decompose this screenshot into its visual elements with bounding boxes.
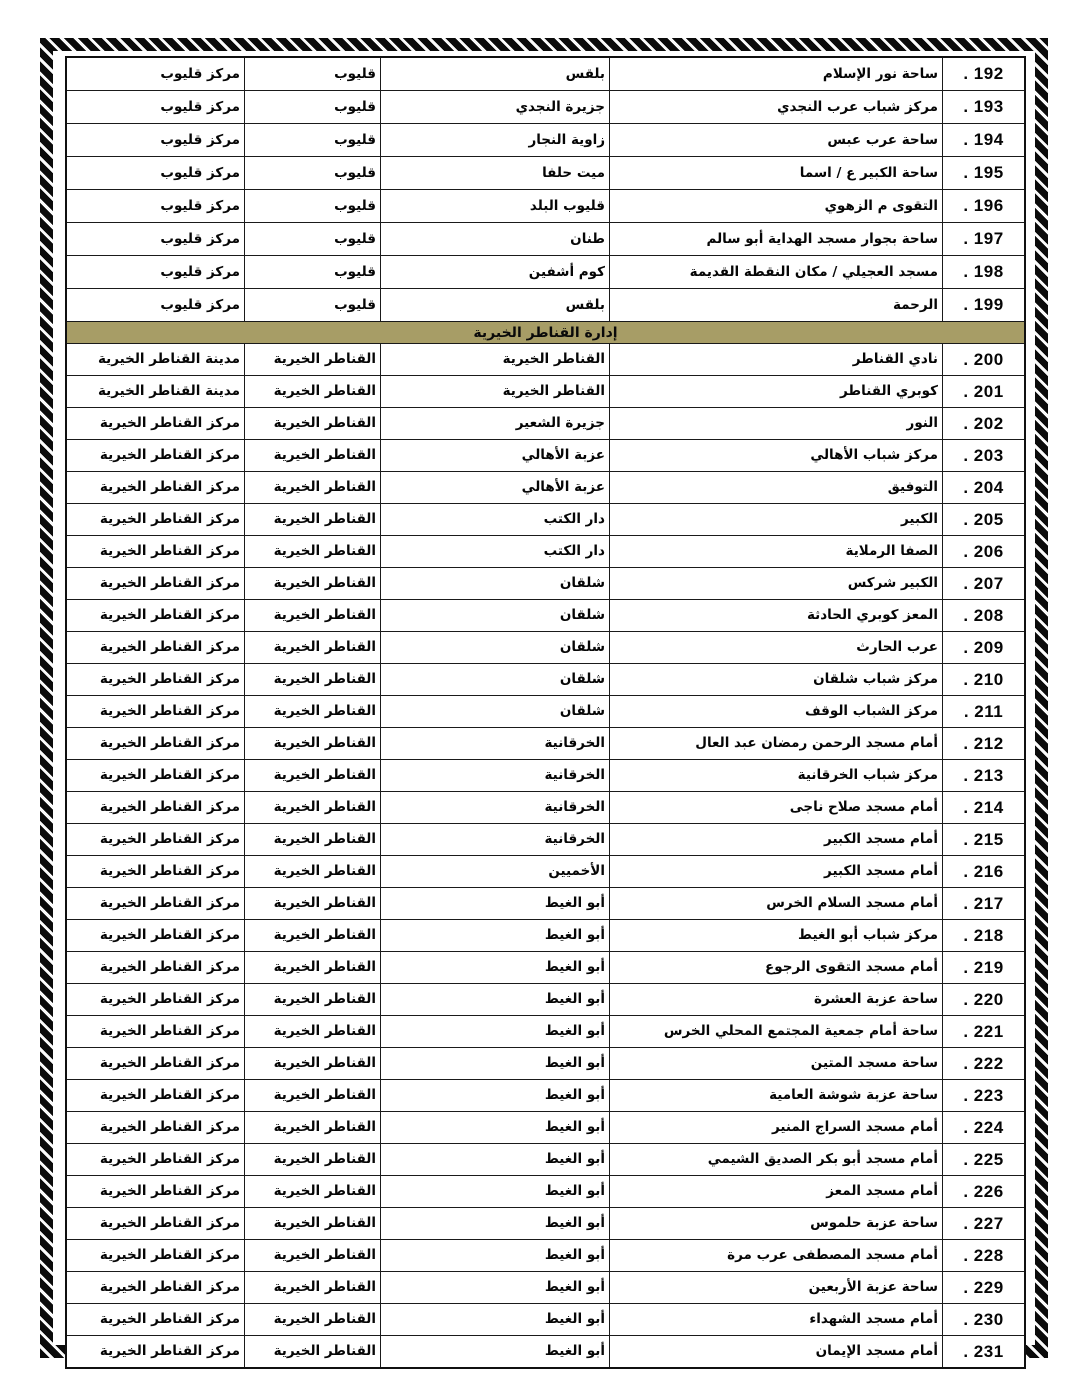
site-name-cell: الكبير شركس: [610, 568, 943, 599]
site-name-cell: التوفيق: [610, 472, 943, 503]
district-cell: قليوب: [245, 157, 381, 189]
site-name-cell: مركز شباب الخرقانية: [610, 760, 943, 791]
site-name-cell: أمام مسجد الكبير: [610, 856, 943, 887]
row-number-cell: . 196: [943, 190, 1024, 222]
center-cell: مركز القناطر الخيرية: [68, 440, 245, 471]
center-cell: مركز القناطر الخيرية: [68, 1016, 245, 1047]
site-name-cell: التقوى م الزهوي: [610, 190, 943, 222]
site-name-cell: ساحة أمام جمعية المجتمع المحلي الخرس: [610, 1016, 943, 1047]
site-name-cell: أمام مسجد المصطفى عرب مرة: [610, 1240, 943, 1271]
table-row: . 206الصفا الرملايةدار الكتبالقناطر الخي…: [67, 536, 1024, 568]
row-number-cell: . 220: [943, 984, 1024, 1015]
table-row: . 201كوبري القناطرالقناطر الخيريةالقناطر…: [67, 376, 1024, 408]
center-cell: مركز القناطر الخيرية: [68, 984, 245, 1015]
row-number-cell: . 224: [943, 1112, 1024, 1143]
row-number-cell: . 218: [943, 920, 1024, 951]
village-cell: الخرقانية: [381, 792, 610, 823]
village-cell: القناطر الخيرية: [381, 376, 610, 407]
table-row: . 225أمام مسجد أبو بكر الصديق الشيميأبو …: [67, 1144, 1024, 1176]
center-cell: مركز القناطر الخيرية: [68, 1208, 245, 1239]
row-number-cell: . 194: [943, 124, 1024, 156]
site-name-cell: ساحة عزبة العشرة: [610, 984, 943, 1015]
district-cell: القناطر الخيرية: [245, 504, 381, 535]
center-cell: مركز قليوب: [68, 190, 245, 222]
village-cell: القناطر الخيرية: [381, 344, 610, 375]
section-band: إدارة القناطر الخيرية: [67, 322, 1024, 344]
table-row: . 222ساحة مسجد المتينأبو الغيطالقناطر ال…: [67, 1048, 1024, 1080]
site-name-cell: المعز كوبري الحادثة: [610, 600, 943, 631]
village-cell: عزبة الأهالي: [381, 472, 610, 503]
table-row: . 200نادي القناطرالقناطر الخيريةالقناطر …: [67, 344, 1024, 376]
district-cell: القناطر الخيرية: [245, 600, 381, 631]
village-cell: بلقس: [381, 289, 610, 321]
table-row: . 196التقوى م الزهويقليوب البلدقليوبمركز…: [67, 190, 1024, 223]
row-number-cell: . 205: [943, 504, 1024, 535]
village-cell: أبو الغيط: [381, 1016, 610, 1047]
site-name-cell: ساحة بجوار مسجد الهداية أبو سالم: [610, 223, 943, 255]
row-number-cell: . 203: [943, 440, 1024, 471]
site-name-cell: مسجد العجيلي / مكان النقطة القديمة: [610, 256, 943, 288]
table-row: . 226أمام مسجد المعزأبو الغيطالقناطر الخ…: [67, 1176, 1024, 1208]
district-cell: القناطر الخيرية: [245, 568, 381, 599]
village-cell: الخرقانية: [381, 760, 610, 791]
table-row: . 214أمام مسجد صلاح ناجىالخرقانيةالقناطر…: [67, 792, 1024, 824]
district-cell: قليوب: [245, 91, 381, 123]
district-cell: القناطر الخيرية: [245, 376, 381, 407]
center-cell: مركز قليوب: [68, 157, 245, 189]
site-name-cell: ساحة الكبير ع / اسما: [610, 157, 943, 189]
center-cell: مركز القناطر الخيرية: [68, 1112, 245, 1143]
site-name-cell: الصفا الرملاية: [610, 536, 943, 567]
table-row: . 205الكبيردار الكتبالقناطر الخيريةمركز …: [67, 504, 1024, 536]
village-cell: أبو الغيط: [381, 1048, 610, 1079]
center-cell: مركز القناطر الخيرية: [68, 728, 245, 759]
district-cell: قليوب: [245, 190, 381, 222]
district-cell: القناطر الخيرية: [245, 1112, 381, 1143]
decorative-border-frame: . 192ساحة نور الإسلامبلقسقليوبمركز قليوب…: [40, 38, 1048, 1358]
row-number-cell: . 195: [943, 157, 1024, 189]
page: { "colors": { "page_bg": "#ffffff", "ban…: [0, 0, 1082, 1400]
row-number-cell: . 197: [943, 223, 1024, 255]
table-row: . 208المعز كوبري الحادثةشلقانالقناطر الخ…: [67, 600, 1024, 632]
district-cell: القناطر الخيرية: [245, 1080, 381, 1111]
district-cell: القناطر الخيرية: [245, 1208, 381, 1239]
row-number-cell: . 212: [943, 728, 1024, 759]
district-cell: القناطر الخيرية: [245, 1336, 381, 1367]
site-name-cell: ساحة نور الإسلام: [610, 58, 943, 90]
site-name-cell: مركز شباب أبو الغيط: [610, 920, 943, 951]
village-cell: أبو الغيط: [381, 920, 610, 951]
village-cell: شلقان: [381, 696, 610, 727]
site-name-cell: أمام مسجد الكبير: [610, 824, 943, 855]
table-row: . 219أمام مسجد التقوى الرجوعأبو الغيطالق…: [67, 952, 1024, 984]
site-name-cell: أمام مسجد التقوى الرجوع: [610, 952, 943, 983]
table-row: . 193مركز شباب عرب النجديجزيرة النجديقلي…: [67, 91, 1024, 124]
row-number-cell: . 211: [943, 696, 1024, 727]
village-cell: أبو الغيط: [381, 1208, 610, 1239]
village-cell: أبو الغيط: [381, 1272, 610, 1303]
site-name-cell: أمام مسجد الإيمان: [610, 1336, 943, 1367]
district-cell: قليوب: [245, 124, 381, 156]
site-name-cell: نادي القناطر: [610, 344, 943, 375]
table-row: . 212أمام مسجد الرحمن رمضان عبد العالالخ…: [67, 728, 1024, 760]
center-cell: مركز القناطر الخيرية: [68, 1144, 245, 1175]
row-number-cell: . 231: [943, 1336, 1024, 1367]
row-number-cell: . 193: [943, 91, 1024, 123]
row-number-cell: . 215: [943, 824, 1024, 855]
site-name-cell: أمام مسجد صلاح ناجى: [610, 792, 943, 823]
row-number-cell: . 204: [943, 472, 1024, 503]
village-cell: شلقان: [381, 664, 610, 695]
table-row: . 217أمام مسجد السلام الخرسأبو الغيطالقن…: [67, 888, 1024, 920]
district-cell: القناطر الخيرية: [245, 952, 381, 983]
center-cell: مركز القناطر الخيرية: [68, 1048, 245, 1079]
section-qanater: . 200نادي القناطرالقناطر الخيريةالقناطر …: [67, 344, 1024, 1367]
district-cell: القناطر الخيرية: [245, 1176, 381, 1207]
row-number-cell: . 202: [943, 408, 1024, 439]
center-cell: مركز القناطر الخيرية: [68, 792, 245, 823]
site-name-cell: أمام مسجد السراج المنير: [610, 1112, 943, 1143]
village-cell: أبو الغيط: [381, 1240, 610, 1271]
village-cell: أبو الغيط: [381, 1176, 610, 1207]
village-cell: طنان: [381, 223, 610, 255]
center-cell: مدينة القناطر الخيرية: [68, 376, 245, 407]
district-cell: القناطر الخيرية: [245, 1272, 381, 1303]
village-cell: الخرقانية: [381, 728, 610, 759]
center-cell: مركز القناطر الخيرية: [68, 504, 245, 535]
village-cell: أبو الغيط: [381, 1304, 610, 1335]
row-number-cell: . 229: [943, 1272, 1024, 1303]
table-row: . 224أمام مسجد السراج المنيرأبو الغيطالق…: [67, 1112, 1024, 1144]
center-cell: مركز القناطر الخيرية: [68, 1336, 245, 1367]
center-cell: مركز القناطر الخيرية: [68, 760, 245, 791]
table-row: . 213مركز شباب الخرقانيةالخرقانيةالقناطر…: [67, 760, 1024, 792]
center-cell: مركز قليوب: [68, 58, 245, 90]
row-number-cell: . 213: [943, 760, 1024, 791]
village-cell: كوم أشفين: [381, 256, 610, 288]
center-cell: مركز القناطر الخيرية: [68, 600, 245, 631]
village-cell: دار الكتب: [381, 504, 610, 535]
row-number-cell: . 201: [943, 376, 1024, 407]
village-cell: أبو الغيط: [381, 1112, 610, 1143]
village-cell: شلقان: [381, 632, 610, 663]
center-cell: مركز القناطر الخيرية: [68, 664, 245, 695]
row-number-cell: . 219: [943, 952, 1024, 983]
page-inner-area: . 192ساحة نور الإسلامبلقسقليوبمركز قليوب…: [53, 51, 1035, 1345]
center-cell: مركز قليوب: [68, 124, 245, 156]
center-cell: مركز القناطر الخيرية: [68, 408, 245, 439]
site-name-cell: ساحة عزبة حلموس: [610, 1208, 943, 1239]
table-row: . 218مركز شباب أبو الغيطأبو الغيطالقناطر…: [67, 920, 1024, 952]
village-cell: الأخميين: [381, 856, 610, 887]
center-cell: مركز القناطر الخيرية: [68, 1272, 245, 1303]
row-number-cell: . 214: [943, 792, 1024, 823]
table-row: . 211مركز الشباب الوقفشلقانالقناطر الخير…: [67, 696, 1024, 728]
row-number-cell: . 199: [943, 289, 1024, 321]
table-row: . 221ساحة أمام جمعية المجتمع المحلي الخر…: [67, 1016, 1024, 1048]
district-cell: القناطر الخيرية: [245, 1144, 381, 1175]
site-name-cell: ساحة مسجد المتين: [610, 1048, 943, 1079]
table-row: . 215أمام مسجد الكبيرالخرقانيةالقناطر ال…: [67, 824, 1024, 856]
center-cell: مركز القناطر الخيرية: [68, 1240, 245, 1271]
table-row: . 197ساحة بجوار مسجد الهداية أبو سالمطنا…: [67, 223, 1024, 256]
district-cell: القناطر الخيرية: [245, 760, 381, 791]
village-cell: الخرقانية: [381, 824, 610, 855]
site-name-cell: أمام مسجد الشهداء: [610, 1304, 943, 1335]
center-cell: مركز القناطر الخيرية: [68, 568, 245, 599]
village-cell: شلقان: [381, 600, 610, 631]
center-cell: مركز قليوب: [68, 289, 245, 321]
roster-table: . 192ساحة نور الإسلامبلقسقليوبمركز قليوب…: [65, 56, 1026, 1369]
table-row: . 228أمام مسجد المصطفى عرب مرةأبو الغيطا…: [67, 1240, 1024, 1272]
district-cell: قليوب: [245, 256, 381, 288]
table-row: . 203مركز شباب الأهاليعزبة الأهاليالقناط…: [67, 440, 1024, 472]
site-name-cell: الرحمة: [610, 289, 943, 321]
district-cell: القناطر الخيرية: [245, 920, 381, 951]
row-number-cell: . 192: [943, 58, 1024, 90]
center-cell: مدينة القناطر الخيرية: [68, 344, 245, 375]
row-number-cell: . 225: [943, 1144, 1024, 1175]
village-cell: أبو الغيط: [381, 952, 610, 983]
row-number-cell: . 221: [943, 1016, 1024, 1047]
site-name-cell: أمام مسجد المعز: [610, 1176, 943, 1207]
village-cell: أبو الغيط: [381, 1080, 610, 1111]
site-name-cell: أمام مسجد الرحمن رمضان عبد العال: [610, 728, 943, 759]
center-cell: مركز قليوب: [68, 91, 245, 123]
center-cell: مركز القناطر الخيرية: [68, 1304, 245, 1335]
row-number-cell: . 217: [943, 888, 1024, 919]
center-cell: مركز القناطر الخيرية: [68, 536, 245, 567]
table-row: . 202النورجزيرة الشعيرالقناطر الخيريةمرك…: [67, 408, 1024, 440]
site-name-cell: أمام مسجد السلام الخرس: [610, 888, 943, 919]
table-row: . 230أمام مسجد الشهداءأبو الغيطالقناطر ا…: [67, 1304, 1024, 1336]
village-cell: زاوية النجار: [381, 124, 610, 156]
district-cell: القناطر الخيرية: [245, 856, 381, 887]
site-name-cell: مركز الشباب الوقف: [610, 696, 943, 727]
table-row: . 209عرب الحارثشلقانالقناطر الخيريةمركز …: [67, 632, 1024, 664]
center-cell: مركز القناطر الخيرية: [68, 824, 245, 855]
district-cell: القناطر الخيرية: [245, 536, 381, 567]
district-cell: القناطر الخيرية: [245, 344, 381, 375]
table-row: . 227ساحة عزبة حلموسأبو الغيطالقناطر الخ…: [67, 1208, 1024, 1240]
site-name-cell: أمام مسجد أبو بكر الصديق الشيمي: [610, 1144, 943, 1175]
site-name-cell: مركز شباب شلقان: [610, 664, 943, 695]
center-cell: مركز القناطر الخيرية: [68, 1080, 245, 1111]
table-row: . 194ساحة عرب عبسزاوية النجارقليوبمركز ق…: [67, 124, 1024, 157]
site-name-cell: مركز شباب عرب النجدي: [610, 91, 943, 123]
table-row: . 198مسجد العجيلي / مكان النقطة القديمةك…: [67, 256, 1024, 289]
district-cell: قليوب: [245, 58, 381, 90]
district-cell: القناطر الخيرية: [245, 664, 381, 695]
center-cell: مركز القناطر الخيرية: [68, 1176, 245, 1207]
row-number-cell: . 200: [943, 344, 1024, 375]
village-cell: جزيرة النجدي: [381, 91, 610, 123]
site-name-cell: النور: [610, 408, 943, 439]
center-cell: مركز القناطر الخيرية: [68, 888, 245, 919]
district-cell: القناطر الخيرية: [245, 632, 381, 663]
site-name-cell: ساحة عزبة شوشة العامية: [610, 1080, 943, 1111]
site-name-cell: عرب الحارث: [610, 632, 943, 663]
center-cell: مركز قليوب: [68, 223, 245, 255]
row-number-cell: . 216: [943, 856, 1024, 887]
village-cell: أبو الغيط: [381, 1144, 610, 1175]
district-cell: القناطر الخيرية: [245, 792, 381, 823]
row-number-cell: . 223: [943, 1080, 1024, 1111]
site-name-cell: ساحة عزبة الأربعين: [610, 1272, 943, 1303]
site-name-cell: كوبري القناطر: [610, 376, 943, 407]
table-row: . 220ساحة عزبة العشرةأبو الغيطالقناطر ال…: [67, 984, 1024, 1016]
table-row: . 216أمام مسجد الكبيرالأخميينالقناطر الخ…: [67, 856, 1024, 888]
site-name-cell: ساحة عرب عبس: [610, 124, 943, 156]
district-cell: القناطر الخيرية: [245, 1240, 381, 1271]
village-cell: ميت حلفا: [381, 157, 610, 189]
district-cell: القناطر الخيرية: [245, 696, 381, 727]
center-cell: مركز القناطر الخيرية: [68, 632, 245, 663]
center-cell: مركز قليوب: [68, 256, 245, 288]
row-number-cell: . 226: [943, 1176, 1024, 1207]
row-number-cell: . 222: [943, 1048, 1024, 1079]
row-number-cell: . 207: [943, 568, 1024, 599]
village-cell: عزبة الأهالي: [381, 440, 610, 471]
village-cell: أبو الغيط: [381, 984, 610, 1015]
district-cell: قليوب: [245, 289, 381, 321]
district-cell: القناطر الخيرية: [245, 408, 381, 439]
district-cell: القناطر الخيرية: [245, 984, 381, 1015]
district-cell: القناطر الخيرية: [245, 1304, 381, 1335]
center-cell: مركز القناطر الخيرية: [68, 856, 245, 887]
village-cell: قليوب البلد: [381, 190, 610, 222]
center-cell: مركز القناطر الخيرية: [68, 952, 245, 983]
center-cell: مركز القناطر الخيرية: [68, 472, 245, 503]
district-cell: القناطر الخيرية: [245, 440, 381, 471]
row-number-cell: . 228: [943, 1240, 1024, 1271]
row-number-cell: . 208: [943, 600, 1024, 631]
village-cell: بلقس: [381, 58, 610, 90]
village-cell: جزيرة الشعير: [381, 408, 610, 439]
district-cell: القناطر الخيرية: [245, 888, 381, 919]
district-cell: القناطر الخيرية: [245, 824, 381, 855]
table-row: . 210مركز شباب شلقانشلقانالقناطر الخيرية…: [67, 664, 1024, 696]
district-cell: قليوب: [245, 223, 381, 255]
table-row: . 229ساحة عزبة الأربعينأبو الغيطالقناطر …: [67, 1272, 1024, 1304]
village-cell: أبو الغيط: [381, 1336, 610, 1367]
table-row: . 204التوفيقعزبة الأهاليالقناطر الخيريةم…: [67, 472, 1024, 504]
table-row: . 195ساحة الكبير ع / اسماميت حلفاقليوبمر…: [67, 157, 1024, 190]
site-name-cell: مركز شباب الأهالي: [610, 440, 943, 471]
table-row: . 192ساحة نور الإسلامبلقسقليوبمركز قليوب: [67, 58, 1024, 91]
center-cell: مركز القناطر الخيرية: [68, 696, 245, 727]
table-row: . 199الرحمةبلقسقليوبمركز قليوب: [67, 289, 1024, 322]
district-cell: القناطر الخيرية: [245, 1048, 381, 1079]
table-row: . 207الكبير شركسشلقانالقناطر الخيريةمركز…: [67, 568, 1024, 600]
section-qalyub-continued: . 192ساحة نور الإسلامبلقسقليوبمركز قليوب…: [67, 58, 1024, 322]
site-name-cell: الكبير: [610, 504, 943, 535]
district-cell: القناطر الخيرية: [245, 728, 381, 759]
district-cell: القناطر الخيرية: [245, 472, 381, 503]
village-cell: أبو الغيط: [381, 888, 610, 919]
table-row: . 231أمام مسجد الإيمانأبو الغيطالقناطر ا…: [67, 1336, 1024, 1367]
row-number-cell: . 210: [943, 664, 1024, 695]
row-number-cell: . 209: [943, 632, 1024, 663]
center-cell: مركز القناطر الخيرية: [68, 920, 245, 951]
village-cell: شلقان: [381, 568, 610, 599]
row-number-cell: . 230: [943, 1304, 1024, 1335]
village-cell: دار الكتب: [381, 536, 610, 567]
table-row: . 223ساحة عزبة شوشة العاميةأبو الغيطالقن…: [67, 1080, 1024, 1112]
row-number-cell: . 206: [943, 536, 1024, 567]
row-number-cell: . 198: [943, 256, 1024, 288]
district-cell: القناطر الخيرية: [245, 1016, 381, 1047]
row-number-cell: . 227: [943, 1208, 1024, 1239]
sheet: . 192ساحة نور الإسلامبلقسقليوبمركز قليوب…: [65, 56, 1026, 1369]
